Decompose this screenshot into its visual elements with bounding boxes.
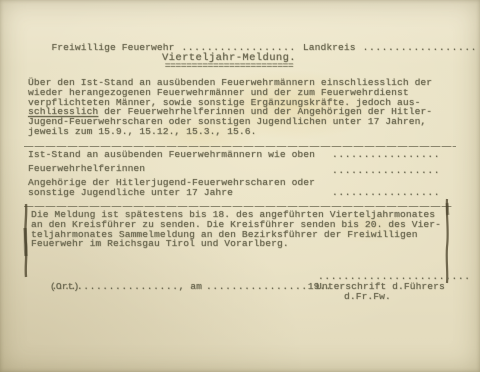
signature-caption-org: d.Fr.Fw. xyxy=(344,292,391,302)
intro-line: jeweils zum 15.9., 15.12., 15.3., 15.6. xyxy=(28,127,432,137)
horizontal-rule-notice xyxy=(24,206,452,207)
place-caption: (Ort) xyxy=(50,282,79,292)
date-preposition: , am xyxy=(179,281,202,292)
district-blank-field: .................. xyxy=(363,42,477,53)
date-blank-field: ................ xyxy=(206,281,308,292)
status-row-value-field: ................. xyxy=(332,188,440,198)
notice-paragraph: Die Meldung ist spätestens bis 18. des a… xyxy=(31,210,441,249)
form-title-underline: ======================== xyxy=(0,61,458,71)
status-row-label: Feuerwehrhelferinnen xyxy=(28,164,145,174)
form-title-block: Vierteljahr-Meldung. ===================… xyxy=(0,54,458,71)
status-row-label: sonstige Jugendliche unter 17 Jahre xyxy=(28,188,315,198)
intro-paragraph: Über den Ist-Stand an ausübenden Feuerwe… xyxy=(28,78,432,137)
district-label: Landkreis xyxy=(303,42,356,53)
horizontal-rule-top xyxy=(24,146,456,147)
org-label: Freiwillige Feuerwehr xyxy=(51,42,174,53)
notice-line: Feuerwehr im Reichsgau Tirol und Vorarlb… xyxy=(31,239,441,249)
scanned-form-page: Freiwillige Feuerwehr..................L… xyxy=(0,0,480,372)
status-row-value-field: ................. xyxy=(332,150,440,160)
status-row-label-group: Angehörige der Hitlerjugend-Feuerwehrsch… xyxy=(28,178,315,198)
status-row-label: Ist-Stand an ausübenden Feuerwehrmännern… xyxy=(28,150,315,160)
status-row-value-field: ................. xyxy=(332,166,440,176)
